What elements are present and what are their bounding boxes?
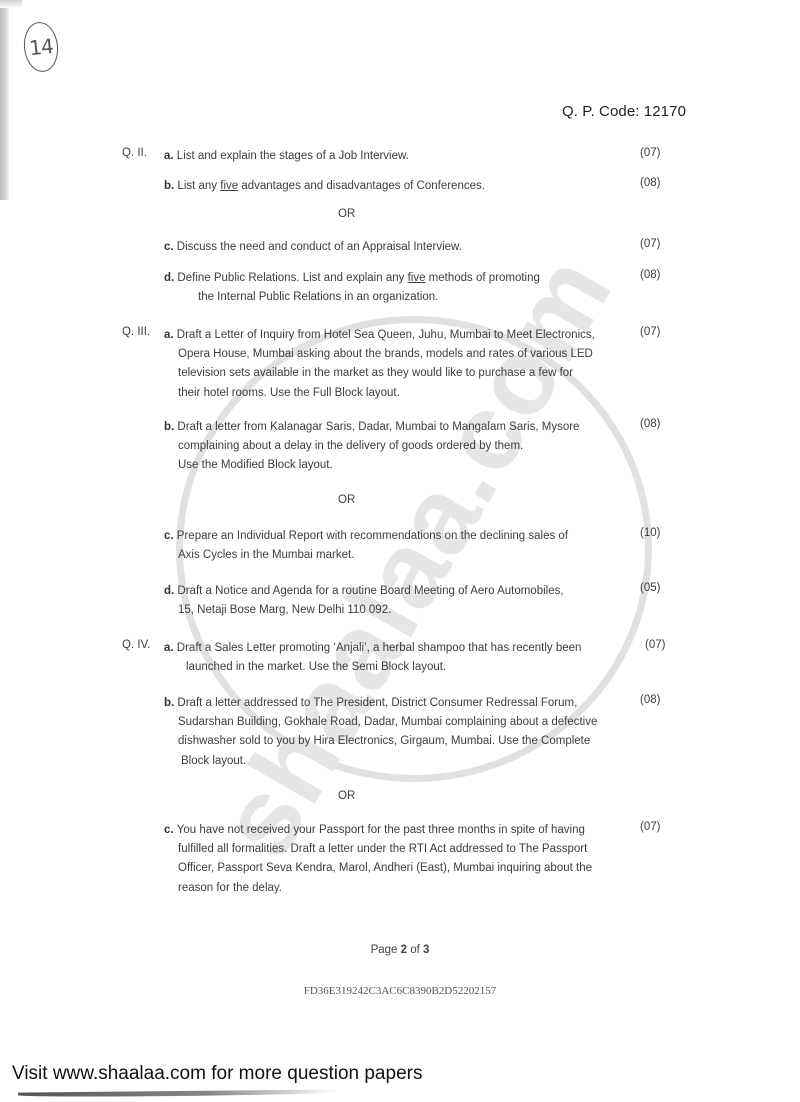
or-separator: OR (338, 208, 355, 220)
question-part-continuation: Block layout. (181, 752, 246, 771)
question-part-continuation: 15, Netaji Bose Marg, New Delhi 110 092. (178, 601, 391, 620)
marks-allotted: (05) (640, 582, 660, 594)
question-part-text: d. Draft a Notice and Agenda for a routi… (164, 582, 564, 601)
or-separator: OR (338, 790, 355, 802)
question-number: Q. II. (122, 147, 147, 159)
question-part-continuation: launched in the market. Use the Semi Blo… (186, 658, 446, 677)
question-list: Q. II.a. List and explain the stages of … (0, 0, 800, 1102)
marks-allotted: (08) (640, 694, 660, 706)
marks-allotted: (08) (640, 269, 660, 281)
question-part-text: c. Discuss the need and conduct of an Ap… (164, 238, 462, 257)
question-part-continuation: Officer, Passport Seva Kendra, Marol, An… (178, 859, 592, 878)
question-part-text: a. Draft a Letter of Inquiry from Hotel … (164, 326, 595, 345)
question-part-continuation: Sudarshan Building, Gokhale Road, Dadar,… (178, 713, 597, 732)
marks-allotted: (10) (640, 527, 660, 539)
part-label: c. (164, 241, 177, 253)
marks-allotted: (07) (640, 147, 660, 159)
question-part-text: c. Prepare an Individual Report with rec… (164, 527, 568, 546)
question-part-continuation: dishwasher sold to you by Hira Electroni… (178, 732, 590, 751)
question-part-continuation: Opera House, Mumbai asking about the bra… (178, 345, 593, 364)
part-label: b. (164, 180, 177, 192)
part-label: d. (164, 272, 177, 284)
part-label: d. (164, 585, 177, 597)
question-part-continuation: complaining about a delay in the deliver… (178, 437, 523, 456)
question-part-text: b. Draft a letter from Kalanagar Saris, … (164, 418, 579, 437)
question-part-text: a. List and explain the stages of a Job … (164, 147, 409, 166)
document-hash: FD36E319242C3AC6C8390B2D52202157 (0, 985, 800, 997)
part-label: c. (164, 530, 177, 542)
question-part-text: c. You have not received your Passport f… (164, 821, 585, 840)
part-label: a. (164, 642, 177, 654)
question-part-text: d. Define Public Relations. List and exp… (164, 269, 540, 288)
question-part-text: b. Draft a letter addressed to The Presi… (164, 694, 577, 713)
page-number: Page 2 of 3 (0, 944, 800, 956)
question-part-text: a. Draft a Sales Letter promoting ‘Anjal… (164, 639, 581, 658)
question-part-continuation: reason for the delay. (178, 879, 282, 898)
part-label: a. (164, 329, 177, 341)
question-number: Q. III. (122, 326, 150, 338)
marks-allotted: (07) (645, 639, 665, 651)
marks-allotted: (07) (640, 326, 660, 338)
question-part-continuation: fulfilled all formalities. Draft a lette… (178, 840, 587, 859)
page-total: 3 (423, 944, 429, 956)
question-part-continuation: their hotel rooms. Use the Full Block la… (178, 384, 400, 403)
marks-allotted: (08) (640, 418, 660, 430)
footer-link-text[interactable]: Visit www.shaalaa.com for more question … (12, 1063, 422, 1085)
question-part-continuation: Axis Cycles in the Mumbai market. (178, 546, 354, 565)
question-part-text: b. List any five advantages and disadvan… (164, 177, 485, 196)
marks-allotted: (08) (640, 177, 660, 189)
question-part-continuation: Use the Modified Block layout. (178, 456, 333, 475)
part-label: c. (164, 824, 177, 836)
part-label: b. (164, 697, 177, 709)
part-label: a. (164, 150, 177, 162)
part-label: b. (164, 421, 177, 433)
marks-allotted: (07) (640, 238, 660, 250)
or-separator: OR (338, 494, 355, 506)
question-part-continuation: television sets available in the market … (178, 364, 573, 383)
question-number: Q. IV. (122, 639, 150, 651)
marks-allotted: (07) (640, 821, 660, 833)
question-part-continuation: the Internal Public Relations in an orga… (198, 288, 438, 307)
